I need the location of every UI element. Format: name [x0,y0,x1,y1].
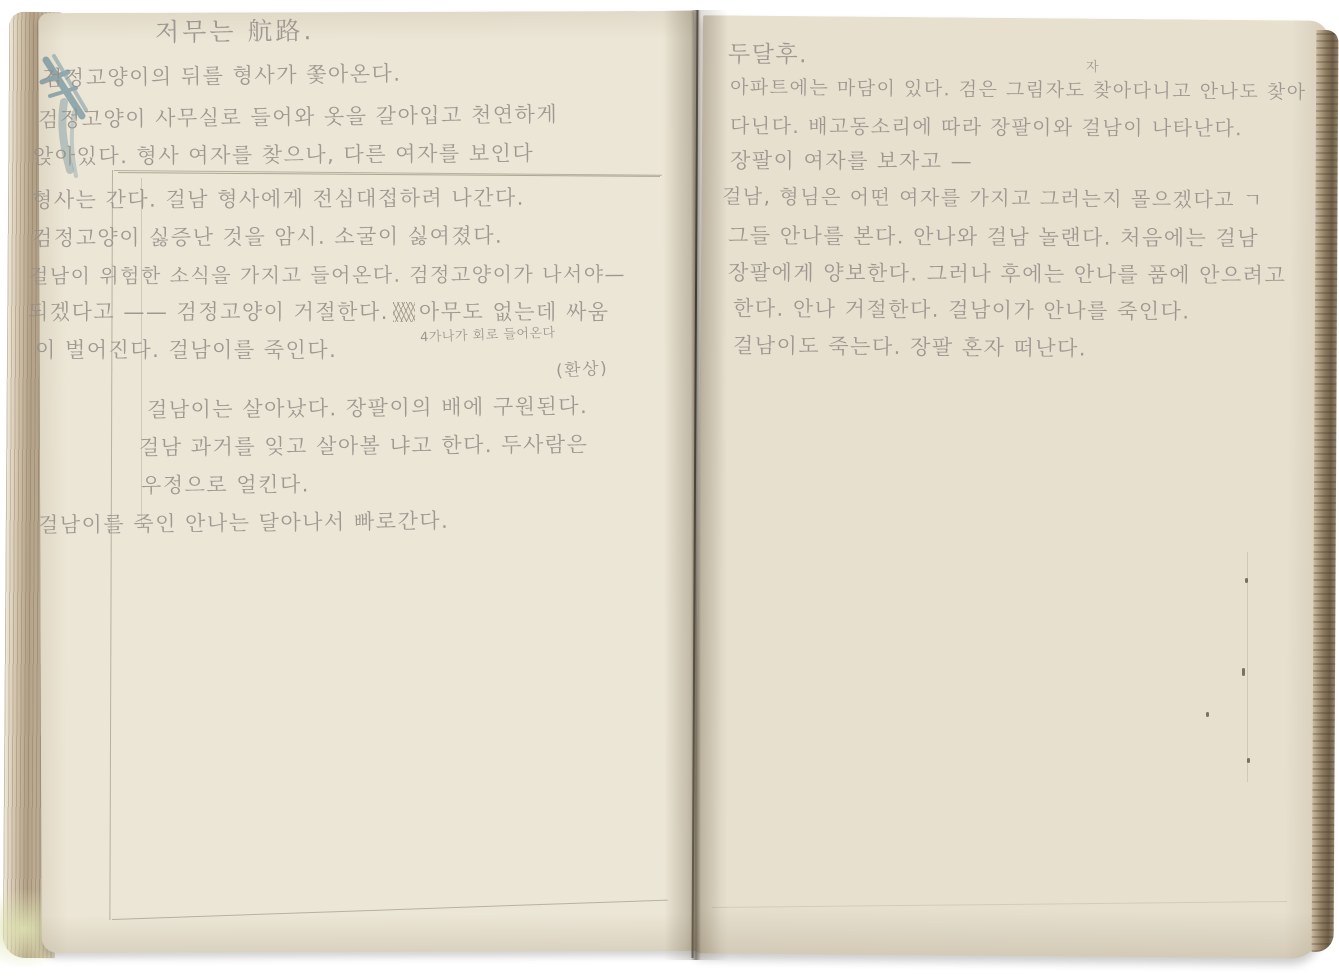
right-page-crease [1247,552,1248,782]
handwritten-line: 걸남이를 죽인 안나는 달아나서 빠로간다. [38,505,450,539]
ink-speck [1206,712,1209,717]
handwritten-line: 앉아있다. 형사 여자를 찾으나, 다른 여자를 보인다 [33,137,534,170]
handwritten-line: 우정으로 얼킨다. [141,468,310,499]
handwritten-line: 검정고양이 싫증난 것을 암시. 소굴이 싫여졌다. [32,220,503,252]
handwritten-line: 아파트에는 마담이 있다. 검은 그림자도 찾아다니고 안나도 찾아 [730,72,1307,104]
handwritten-line: 형사는 간다. 걸남 형사에게 전심대접하려 나간다. [32,182,525,215]
handwritten-line: 걸남, 형님은 어떤 여자를 가지고 그러는지 몰으겠다고 ㄱ [722,180,1264,213]
handwritten-line: 한다. 안나 거절한다. 걸남이가 안나를 죽인다. [733,292,1191,325]
handwritten-line: 다닌다. 배고동소리에 따라 장팔이와 걸남이 나타난다. [730,110,1243,142]
handwritten-line: 이 벌어진다. 걸남이를 죽인다. [35,334,337,364]
ink-speck [1247,758,1250,763]
scratched-out-mark [393,302,415,322]
handwritten-line: 걸남이는 살아났다. 장팔이의 배에 구원된다. [147,390,588,424]
handwritten-line: 검정고양이의 뒤를 형사가 쫓아온다. [42,57,402,92]
handwritten-line: 검정고양이 사무실로 들어와 옷을 갈아입고 천연하게 [38,98,558,133]
right-page-edge [1312,30,1339,952]
handwritten-line: 장팔이 여자를 보자고 — [730,145,973,176]
handwritten-line: 걸남이도 죽는다. 장팔 혼자 떠난다. [733,329,1087,362]
notebook-title: 저무는 航路. [155,11,315,49]
handwritten-line: 되겠다고 —— 검정고양이 거절한다. [28,300,389,324]
notebook-photo: 저무는 航路. 검정고양이의 뒤를 형사가 쫓아온다. 검정고양이 사무실로 들… [0,0,1339,977]
handwritten-line: 걸남 과거를 잊고 살아볼 냐고 한다. 두사람은 [139,428,589,461]
ink-speck [1245,578,1248,583]
handwritten-line: 그들 안나를 본다. 안나와 걸남 놀랜다. 처음에는 걸남 [728,220,1259,253]
handwritten-line: 걸남이 위험한 소식을 가지고 들어온다. 검정고양이가 나서야— [29,258,626,289]
fantasy-note: (환상) [555,354,608,382]
handwritten-line: 아무도 없는데 싸움 [419,300,610,324]
handwritten-line: 장팔에게 양보한다. 그러나 후에는 안나를 품에 안으려고 [728,257,1286,290]
handwritten-line: 두달후. [728,36,808,70]
inserted-character: 자 [1086,56,1099,75]
ink-speck [1242,668,1245,676]
